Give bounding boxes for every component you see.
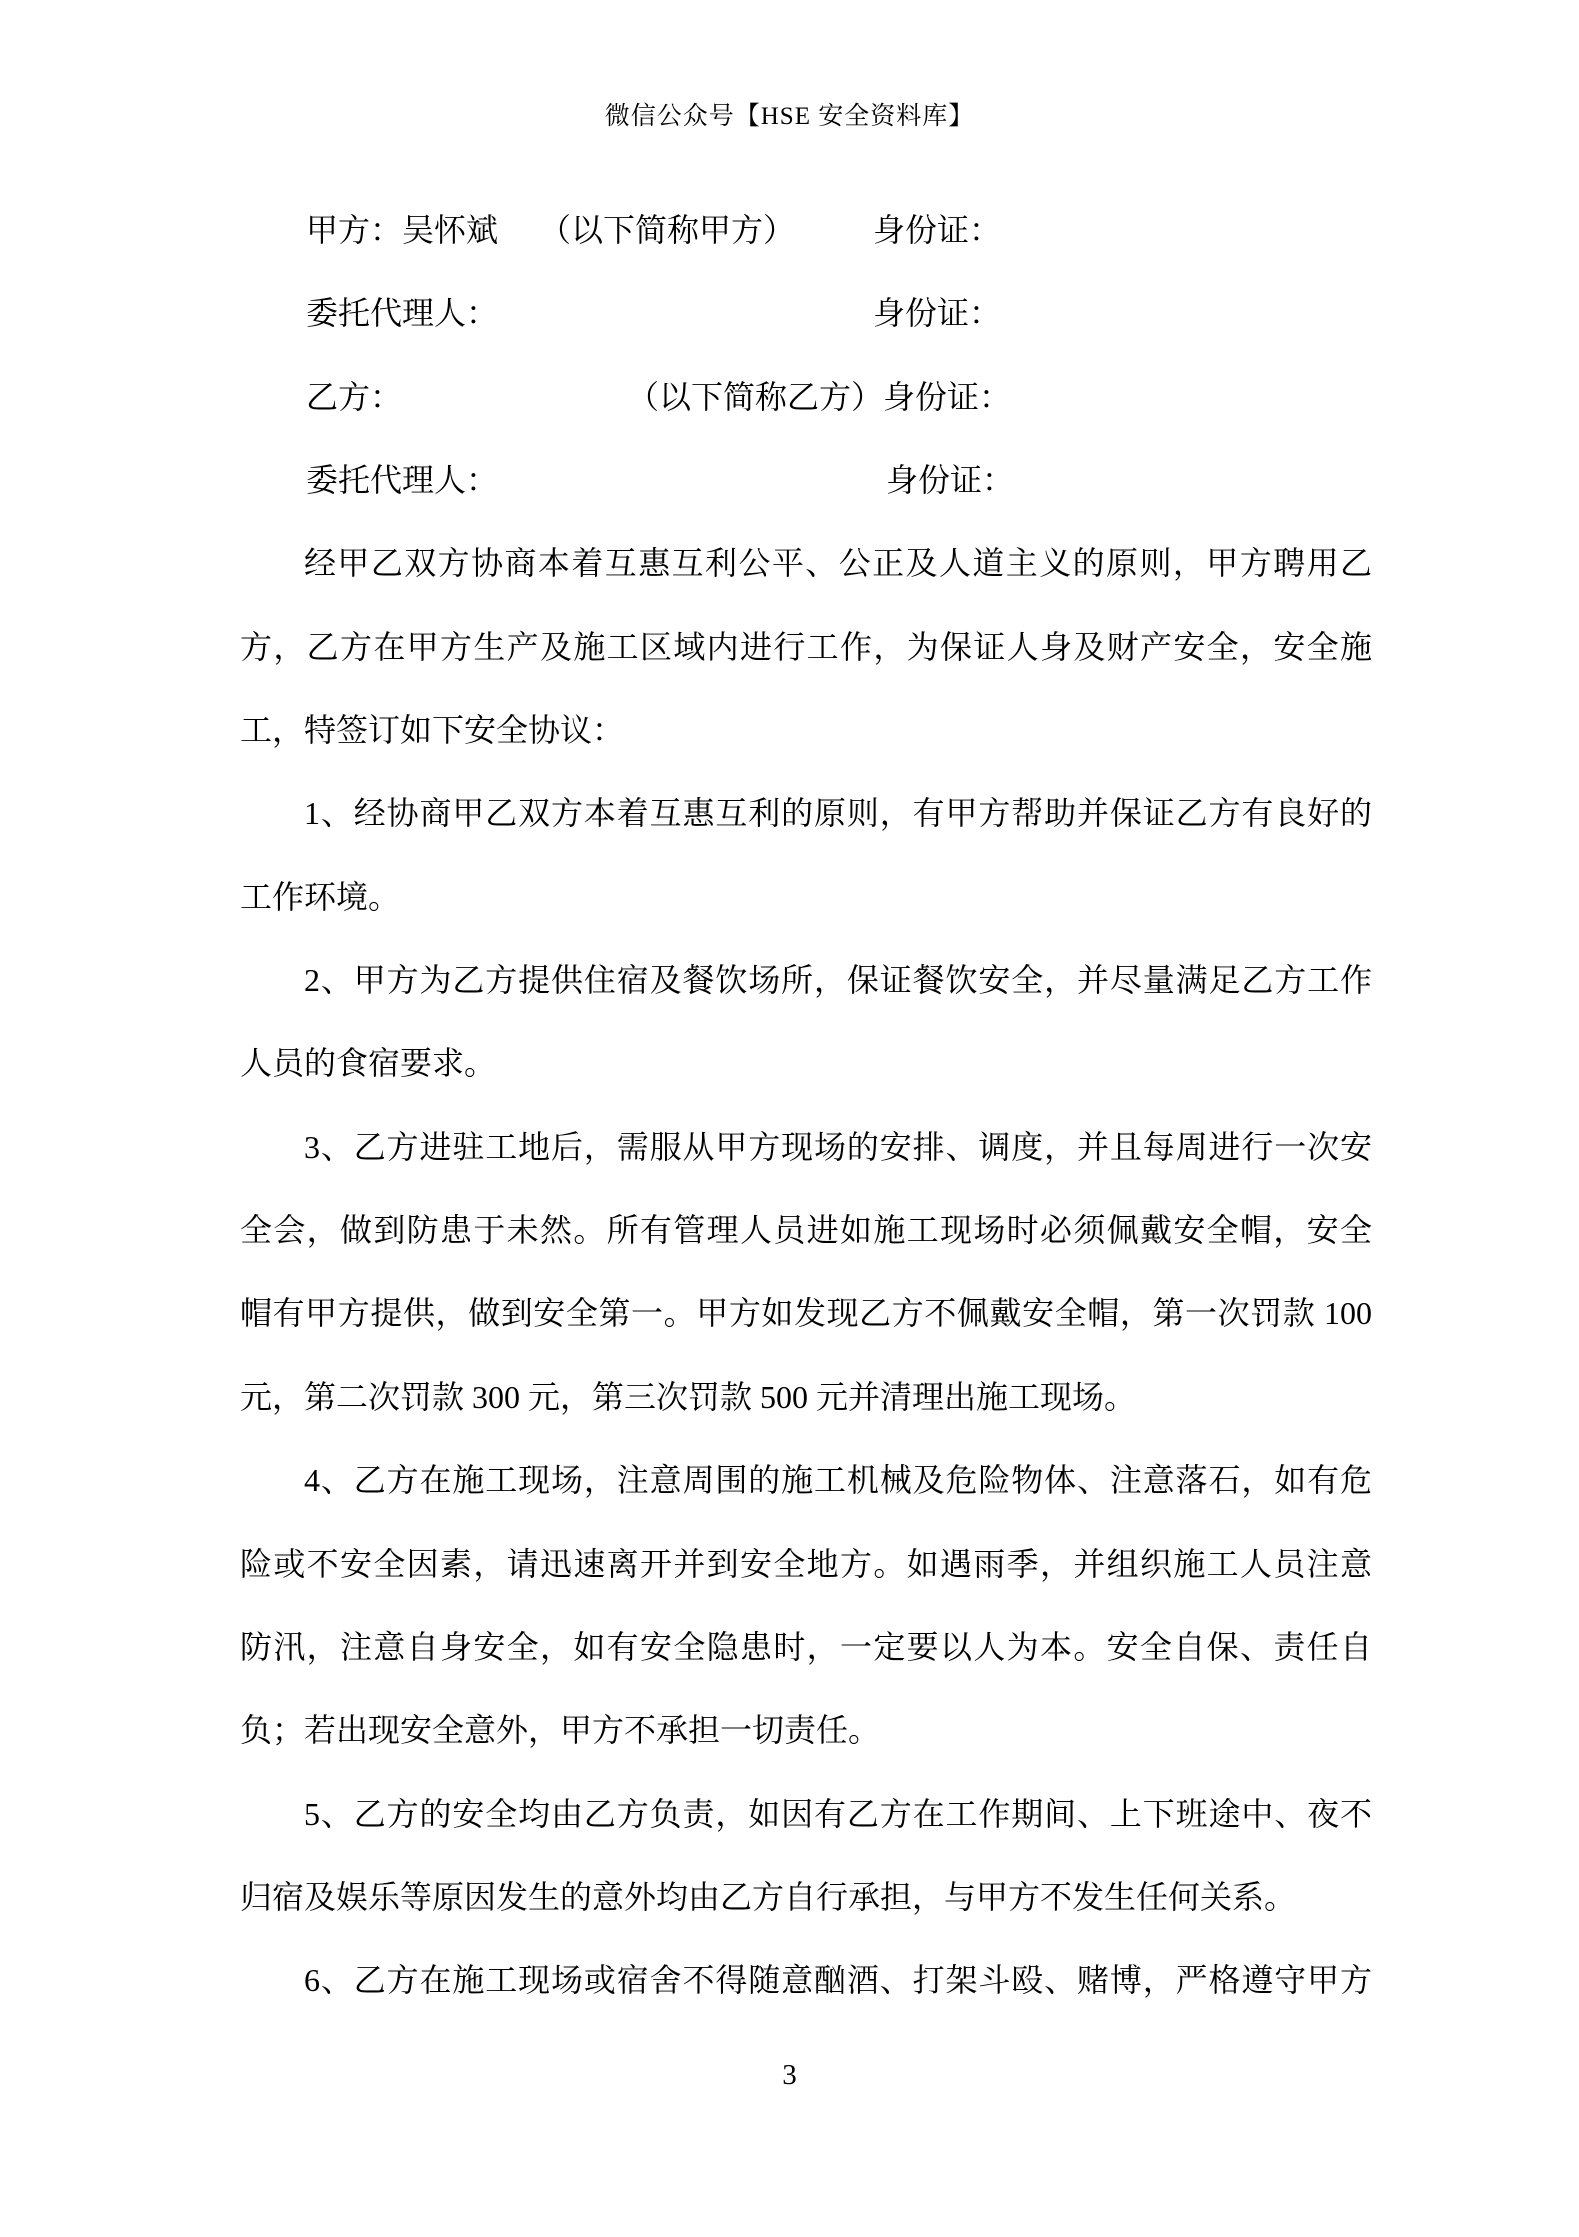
clause-3-line: 元，第二次罚款 300 元，第三次罚款 500 元并清理出施工现场。 [240, 1356, 1372, 1439]
clause-5-line: 归宿及娱乐等原因发生的意外均由乙方自行承担，与甲方不发生任何关系。 [240, 1856, 1372, 1939]
party-b-alias-id-label: （以下简称乙方）身份证： [627, 356, 1011, 439]
clause-3-line: 帽有甲方提供，做到安全第一。甲方如发现乙方不佩戴安全帽，第一次罚款 100 [240, 1272, 1372, 1355]
clause-4-line: 负；若出现安全意外，甲方不承担一切责任。 [240, 1689, 1372, 1772]
document-body: 甲方：吴怀斌 （以下简称甲方） 身份证： 委托代理人： 身份证： 乙方： （以下… [240, 189, 1372, 2023]
agent-a-line: 委托代理人： 身份证： [240, 272, 1372, 355]
party-a-alias: （以下简称甲方） [539, 189, 795, 272]
page-number: 3 [0, 2052, 1579, 2098]
clause-5-line: 5、乙方的安全均由乙方负责，如因有乙方在工作期间、上下班途中、夜不 [240, 1773, 1372, 1856]
clause-4-line: 险或不安全因素，请迅速离开并到安全地方。如遇雨季，并组织施工人员注意 [240, 1523, 1372, 1606]
clause-3-line: 全会，做到防患于未然。所有管理人员进如施工现场时必须佩戴安全帽，安全 [240, 1189, 1372, 1272]
party-a-id-label: 身份证： [873, 189, 1001, 272]
clause-2-line: 2、甲方为乙方提供住宿及餐饮场所，保证餐饮安全，并尽量满足乙方工作 [240, 939, 1372, 1022]
party-b-line: 乙方： （以下简称乙方）身份证： [240, 356, 1372, 439]
agent-b-line: 委托代理人： 身份证： [240, 439, 1372, 522]
agent-a-id-label: 身份证： [873, 272, 1001, 355]
page-header: 微信公众号【HSE 安全资料库】 [0, 96, 1579, 138]
party-a-label: 甲方：吴怀斌 [306, 189, 498, 272]
intro-line: 工，特签订如下安全协议： [240, 689, 1372, 772]
clause-1-line: 工作环境。 [240, 856, 1372, 939]
clause-4-line: 4、乙方在施工现场，注意周围的施工机械及危险物体、注意落石，如有危 [240, 1439, 1372, 1522]
document-page: 微信公众号【HSE 安全资料库】 甲方：吴怀斌 （以下简称甲方） 身份证： 委托… [0, 0, 1579, 2237]
party-b-label: 乙方： [306, 356, 402, 439]
agent-b-id-label: 身份证： [886, 439, 1014, 522]
agent-a-label: 委托代理人： [306, 272, 498, 355]
agent-b-label: 委托代理人： [306, 439, 498, 522]
clause-2-line: 人员的食宿要求。 [240, 1022, 1372, 1105]
intro-line: 方，乙方在甲方生产及施工区域内进行工作，为保证人身及财产安全，安全施 [240, 606, 1372, 689]
clause-4-line: 防汛，注意自身安全，如有安全隐患时，一定要以人为本。安全自保、责任自 [240, 1606, 1372, 1689]
party-a-line: 甲方：吴怀斌 （以下简称甲方） 身份证： [240, 189, 1372, 272]
intro-line: 经甲乙双方协商本着互惠互利公平、公正及人道主义的原则，甲方聘用乙 [240, 522, 1372, 605]
clause-1-line: 1、经协商甲乙双方本着互惠互利的原则，有甲方帮助并保证乙方有良好的 [240, 772, 1372, 855]
clause-3-line: 3、乙方进驻工地后，需服从甲方现场的安排、调度，并且每周进行一次安 [240, 1106, 1372, 1189]
clause-6-line: 6、乙方在施工现场或宿舍不得随意酗酒、打架斗殴、赌博，严格遵守甲方 [240, 1939, 1372, 2022]
